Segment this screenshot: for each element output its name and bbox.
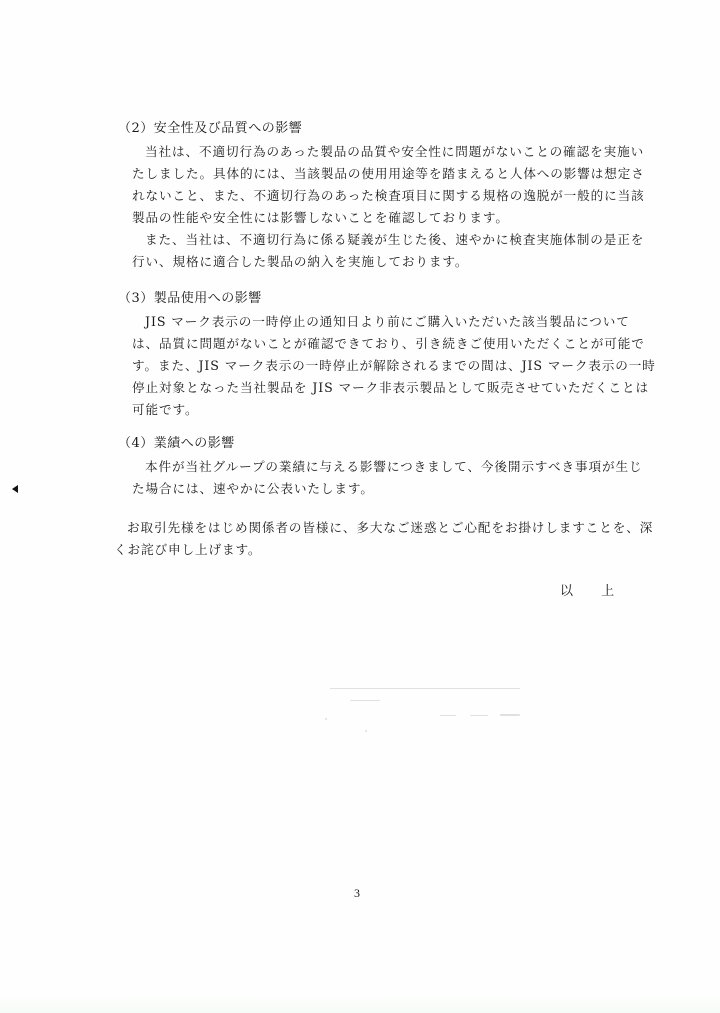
closing-line: くお詫び申し上げます。 [114, 539, 604, 561]
closing-apology: お取引先様をはじめ関係者の皆様に、多大なご迷惑とご心配をお掛けしますことを、深 … [114, 517, 604, 561]
section-heading: （3）製品使用への影響 [118, 287, 608, 311]
margin-arrow-icon [12, 485, 18, 493]
closing-line: お取引先様をはじめ関係者の皆様に、多大なご迷惑とご心配をお掛けしますことを、深 [114, 517, 604, 539]
paragraph-line: れないこと、また、不適切行為のあった検査項目に関する規格の逸脱が一般的に当該 [118, 185, 608, 207]
paragraph-line: 可能です。 [118, 399, 608, 421]
redacted-signature-area [320, 680, 530, 740]
paragraph-line: また、当社は、不適切行為に係る疑義が生じた後、速やかに検査実施体制の是正を [118, 229, 608, 251]
paragraph-line: たしました。具体的には、当該製品の使用用途等を踏まえると人体への影響は想定さ [118, 163, 608, 185]
paragraph-line: す。また、JIS マーク表示の一時停止が解除されるまでの間は、JIS マーク表示… [118, 355, 608, 377]
paragraph-line: 行い、規格に適合した製品の納入を実施しております。 [118, 251, 608, 273]
section-product-use: （3）製品使用への影響 JIS マーク表示の一時停止の通知日より前にご購入いただ… [118, 287, 608, 421]
document-page: （2）安全性及び品質への影響 当社は、不適切行為のあった製品の品質や安全性に問題… [0, 0, 720, 1013]
section-heading: （4）業績への影響 [118, 432, 608, 456]
scan-artifact [0, 990, 720, 1013]
paragraph-line: 本件が当社グループの業績に与える影響につきまして、今後開示すべき事項が生じ [118, 456, 608, 478]
end-mark: 以 上 [560, 580, 626, 599]
page-number: 3 [354, 886, 360, 901]
section-heading: （2）安全性及び品質への影響 [118, 117, 608, 141]
paragraph-line: 停止対象となった当社製品を JIS マーク非表示製品として販売させていただくこと… [118, 377, 608, 399]
section-business-results: （4）業績への影響 本件が当社グループの業績に与える影響につきまして、今後開示す… [118, 432, 608, 500]
paragraph-line: は、品質に問題がないことが確認できており、引き続きご使用いただくことが可能で [118, 333, 608, 355]
paragraph-line: JIS マーク表示の一時停止の通知日より前にご購入いただいた該当製品について [118, 311, 608, 333]
paragraph-line: た場合には、速やかに公表いたします。 [118, 478, 608, 500]
paragraph-line: 製品の性能や安全性には影響しないことを確認しております。 [118, 207, 608, 229]
paragraph-line: 当社は、不適切行為のあった製品の品質や安全性に問題がないことの確認を実施い [118, 141, 608, 163]
section-safety-quality: （2）安全性及び品質への影響 当社は、不適切行為のあった製品の品質や安全性に問題… [118, 117, 608, 273]
